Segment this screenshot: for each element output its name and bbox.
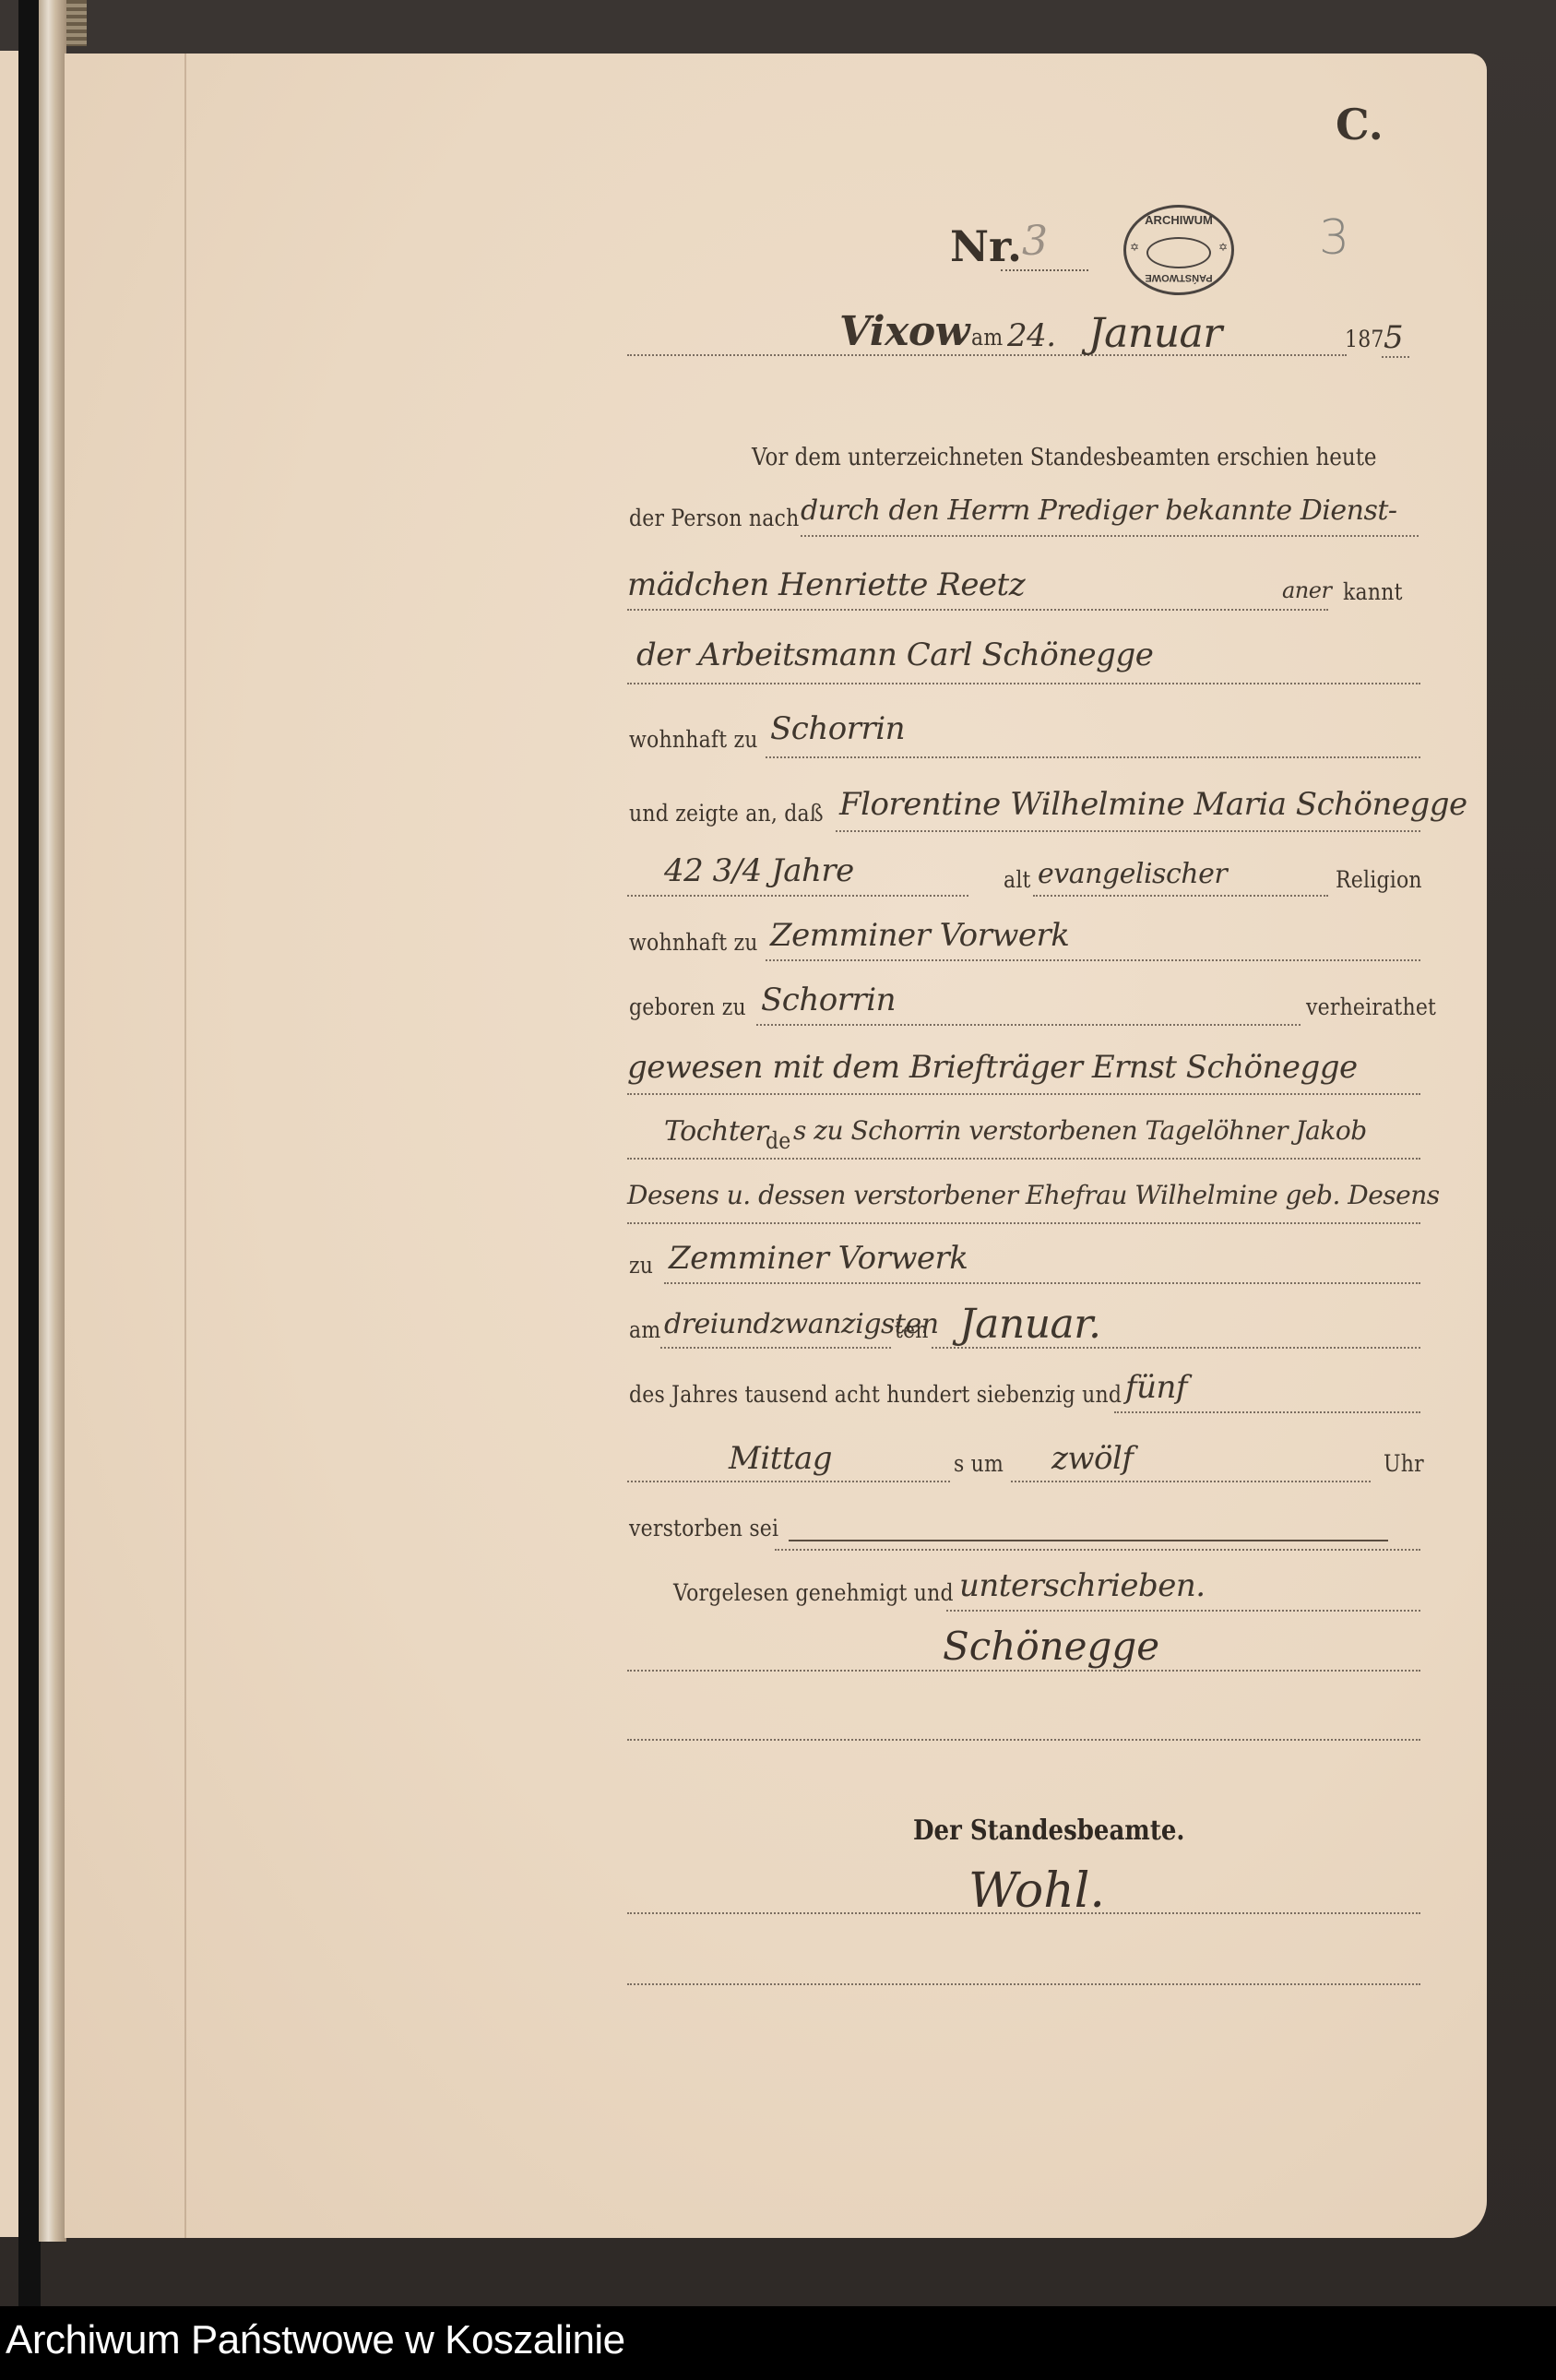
handwritten-entry: durch den Herrn Prediger bekannte Dienst… <box>801 494 1397 527</box>
dotted-line <box>1382 356 1409 358</box>
star-icon: ✡ <box>1130 241 1139 254</box>
form-line-residence: wohnhaft zu Schorrin <box>627 710 1420 775</box>
form-series-letter: C. <box>1336 100 1384 149</box>
form-label: verstorben sei <box>629 1516 778 1542</box>
dotted-line <box>627 1093 1420 1095</box>
form-label: Uhr <box>1384 1451 1424 1478</box>
handwritten-entry: Schorrin <box>761 982 896 1018</box>
form-line-time: Mittag s um zwölf Uhr <box>627 1434 1420 1499</box>
handwritten-entry: mädchen Henriette Reetz <box>627 566 1025 603</box>
handwritten-entry: evangelischer <box>1038 858 1227 890</box>
form-label: alt <box>1004 867 1031 894</box>
form-intro-text: Vor dem unterzeichneten Standesbeamten e… <box>752 444 1377 471</box>
record-number-label: Nr. <box>950 221 1022 271</box>
binding-gap <box>18 0 41 2306</box>
form-line-spouse: gewesen mit dem Briefträger Ernst Schöne… <box>627 1047 1420 1112</box>
official-signature: Wohl. <box>968 1863 1105 1919</box>
form-line-died: verstorben sei <box>627 1499 1420 1564</box>
form-label: kannt <box>1343 579 1403 606</box>
form-line-informant: mädchen Henriette Reetz aner kannt <box>627 563 1420 627</box>
dotted-line <box>946 1610 1420 1612</box>
dotted-line <box>775 1549 1420 1551</box>
form-line-declarant: der Arbeitsmann Carl Schönegge <box>627 637 1420 701</box>
handwritten-entry: Schorrin <box>770 710 905 747</box>
handwritten-entry: Desens u. dessen verstorbener Ehefrau Wi… <box>627 1180 1440 1210</box>
archive-stamp: ARCHIWUM ✡ ✡ PAŃSTWOWE <box>1123 205 1234 295</box>
handwritten-entry: fünf <box>1125 1369 1187 1406</box>
form-label: s um <box>954 1451 1004 1478</box>
form-line-parent-mother: Desens u. dessen verstorbener Ehefrau Wi… <box>627 1176 1420 1241</box>
form-line-person: der Person nach durch den Herrn Prediger… <box>627 489 1420 553</box>
date-am-label: am <box>971 325 1003 351</box>
handwritten-entry: Florentine Wilhelmine Maria Schönegge <box>839 786 1467 823</box>
form-line-death-date: am dreiundzwanzigsten ten Januar. <box>627 1301 1420 1365</box>
form-line-deceased: und zeigte an, daß Florentine Wilhelmine… <box>627 784 1420 849</box>
dotted-line <box>660 1347 891 1349</box>
official-title: Der Standesbeamte. <box>913 1815 1184 1848</box>
form-label: des Jahres tausend acht hundert siebenzi… <box>629 1382 1122 1409</box>
archive-name: Archiwum Państwowe w Koszalinie <box>6 2317 625 2363</box>
handwritten-entry: Januar. <box>959 1301 1100 1348</box>
handwritten-entry: der Arbeitsmann Carl Schönegge <box>636 637 1153 673</box>
record-number-line <box>1001 269 1088 271</box>
dotted-line <box>627 354 1347 356</box>
form-label: wohnhaft zu <box>629 930 758 957</box>
form-line-place-of-death: zu Zemminer Vorwerk <box>627 1236 1420 1301</box>
date-month-value: Januar <box>1088 310 1222 357</box>
handwritten-entry: s zu Schorrin verstorbenen Tagelöhner Ja… <box>793 1115 1367 1146</box>
signature-line <box>627 1739 1420 1741</box>
year-prefix-label: 187 <box>1345 327 1384 353</box>
dotted-line <box>756 1024 1301 1026</box>
dotted-line <box>627 683 1420 684</box>
dotted-line <box>627 1222 1420 1224</box>
archive-footer-banner: Archiwum Państwowe w Koszalinie <box>0 2306 1556 2380</box>
stamp-inner-oval <box>1146 237 1211 268</box>
handwritten-entry: 42 3/4 Jahre <box>664 852 854 889</box>
previous-page-edge <box>0 51 18 2237</box>
date-day-value: 24. <box>1007 317 1056 354</box>
star-icon: ✡ <box>1218 241 1228 254</box>
form-label: am <box>629 1317 660 1344</box>
struck-line <box>789 1540 1388 1541</box>
dotted-line <box>627 1158 1420 1160</box>
handwritten-entry: Tochter <box>664 1115 768 1148</box>
dotted-line <box>1114 1411 1420 1413</box>
dotted-line <box>627 609 1328 611</box>
handwritten-entry: unterschrieben. <box>959 1567 1206 1604</box>
dotted-line <box>1011 1481 1371 1482</box>
handwritten-entry: Zemminer Vorwerk <box>669 1240 968 1277</box>
form-label: wohnhaft zu <box>629 727 758 754</box>
form-line-birthplace: geboren zu Schorrin verheirathet <box>627 978 1420 1042</box>
dotted-line <box>1033 895 1328 897</box>
dotted-line <box>766 959 1420 961</box>
signature-line <box>627 1670 1420 1672</box>
place-date-row: Vixow am 24. Januar 187 5 <box>627 304 1420 369</box>
stamp-bottom-text: PAŃSTWOWE <box>1126 272 1231 283</box>
dotted-line <box>801 535 1419 537</box>
pencil-page-number: 3 <box>1319 210 1349 266</box>
handwritten-entry: Zemminer Vorwerk <box>770 917 1069 954</box>
form-line-deceased-residence: wohnhaft zu Zemminer Vorwerk <box>627 913 1420 978</box>
dotted-line <box>664 1282 1420 1284</box>
form-line-age-religion: 42 3/4 Jahre alt evangelischer Religion <box>627 849 1420 913</box>
form-label: zu <box>629 1253 653 1279</box>
handwritten-entry: aner <box>1282 577 1331 603</box>
form-line-parent-father: Tochter de s zu Schorrin verstorbenen Ta… <box>627 1112 1420 1176</box>
stamp-top-text: ARCHIWUM <box>1126 213 1231 227</box>
form-label: geboren zu <box>629 994 746 1021</box>
handwritten-entry: gewesen mit dem Briefträger Ernst Schöne… <box>627 1049 1358 1086</box>
dotted-line <box>627 1481 950 1482</box>
binding-strip <box>39 0 66 2242</box>
signature-line <box>627 1983 1420 1985</box>
form-label: und zeigte an, daß <box>629 801 824 827</box>
signature-line <box>627 1912 1420 1914</box>
form-line-year: des Jahres tausend acht hundert siebenzi… <box>627 1365 1420 1430</box>
record-number-value: 3 <box>1022 218 1048 265</box>
form-label: verheirathet <box>1306 994 1436 1021</box>
handwritten-entry: Mittag <box>729 1440 832 1477</box>
form-label: de <box>766 1128 791 1155</box>
form-label: Vorgelesen genehmigt und <box>673 1580 954 1607</box>
form-label: Religion <box>1336 867 1422 894</box>
page-fold-line <box>184 54 186 2238</box>
informant-signature: Schönegge <box>943 1624 1159 1669</box>
dotted-line <box>766 756 1420 758</box>
year-suffix-value: 5 <box>1384 319 1403 356</box>
form-label: ten <box>895 1317 929 1344</box>
dotted-line <box>627 895 968 897</box>
handwritten-entry: zwölf <box>1051 1440 1133 1477</box>
dotted-line <box>836 830 1420 832</box>
place-value: Vixow <box>839 308 969 355</box>
form-label: der Person nach <box>629 506 799 532</box>
form-line-approval: Vorgelesen genehmigt und unterschrieben. <box>627 1564 1420 1628</box>
